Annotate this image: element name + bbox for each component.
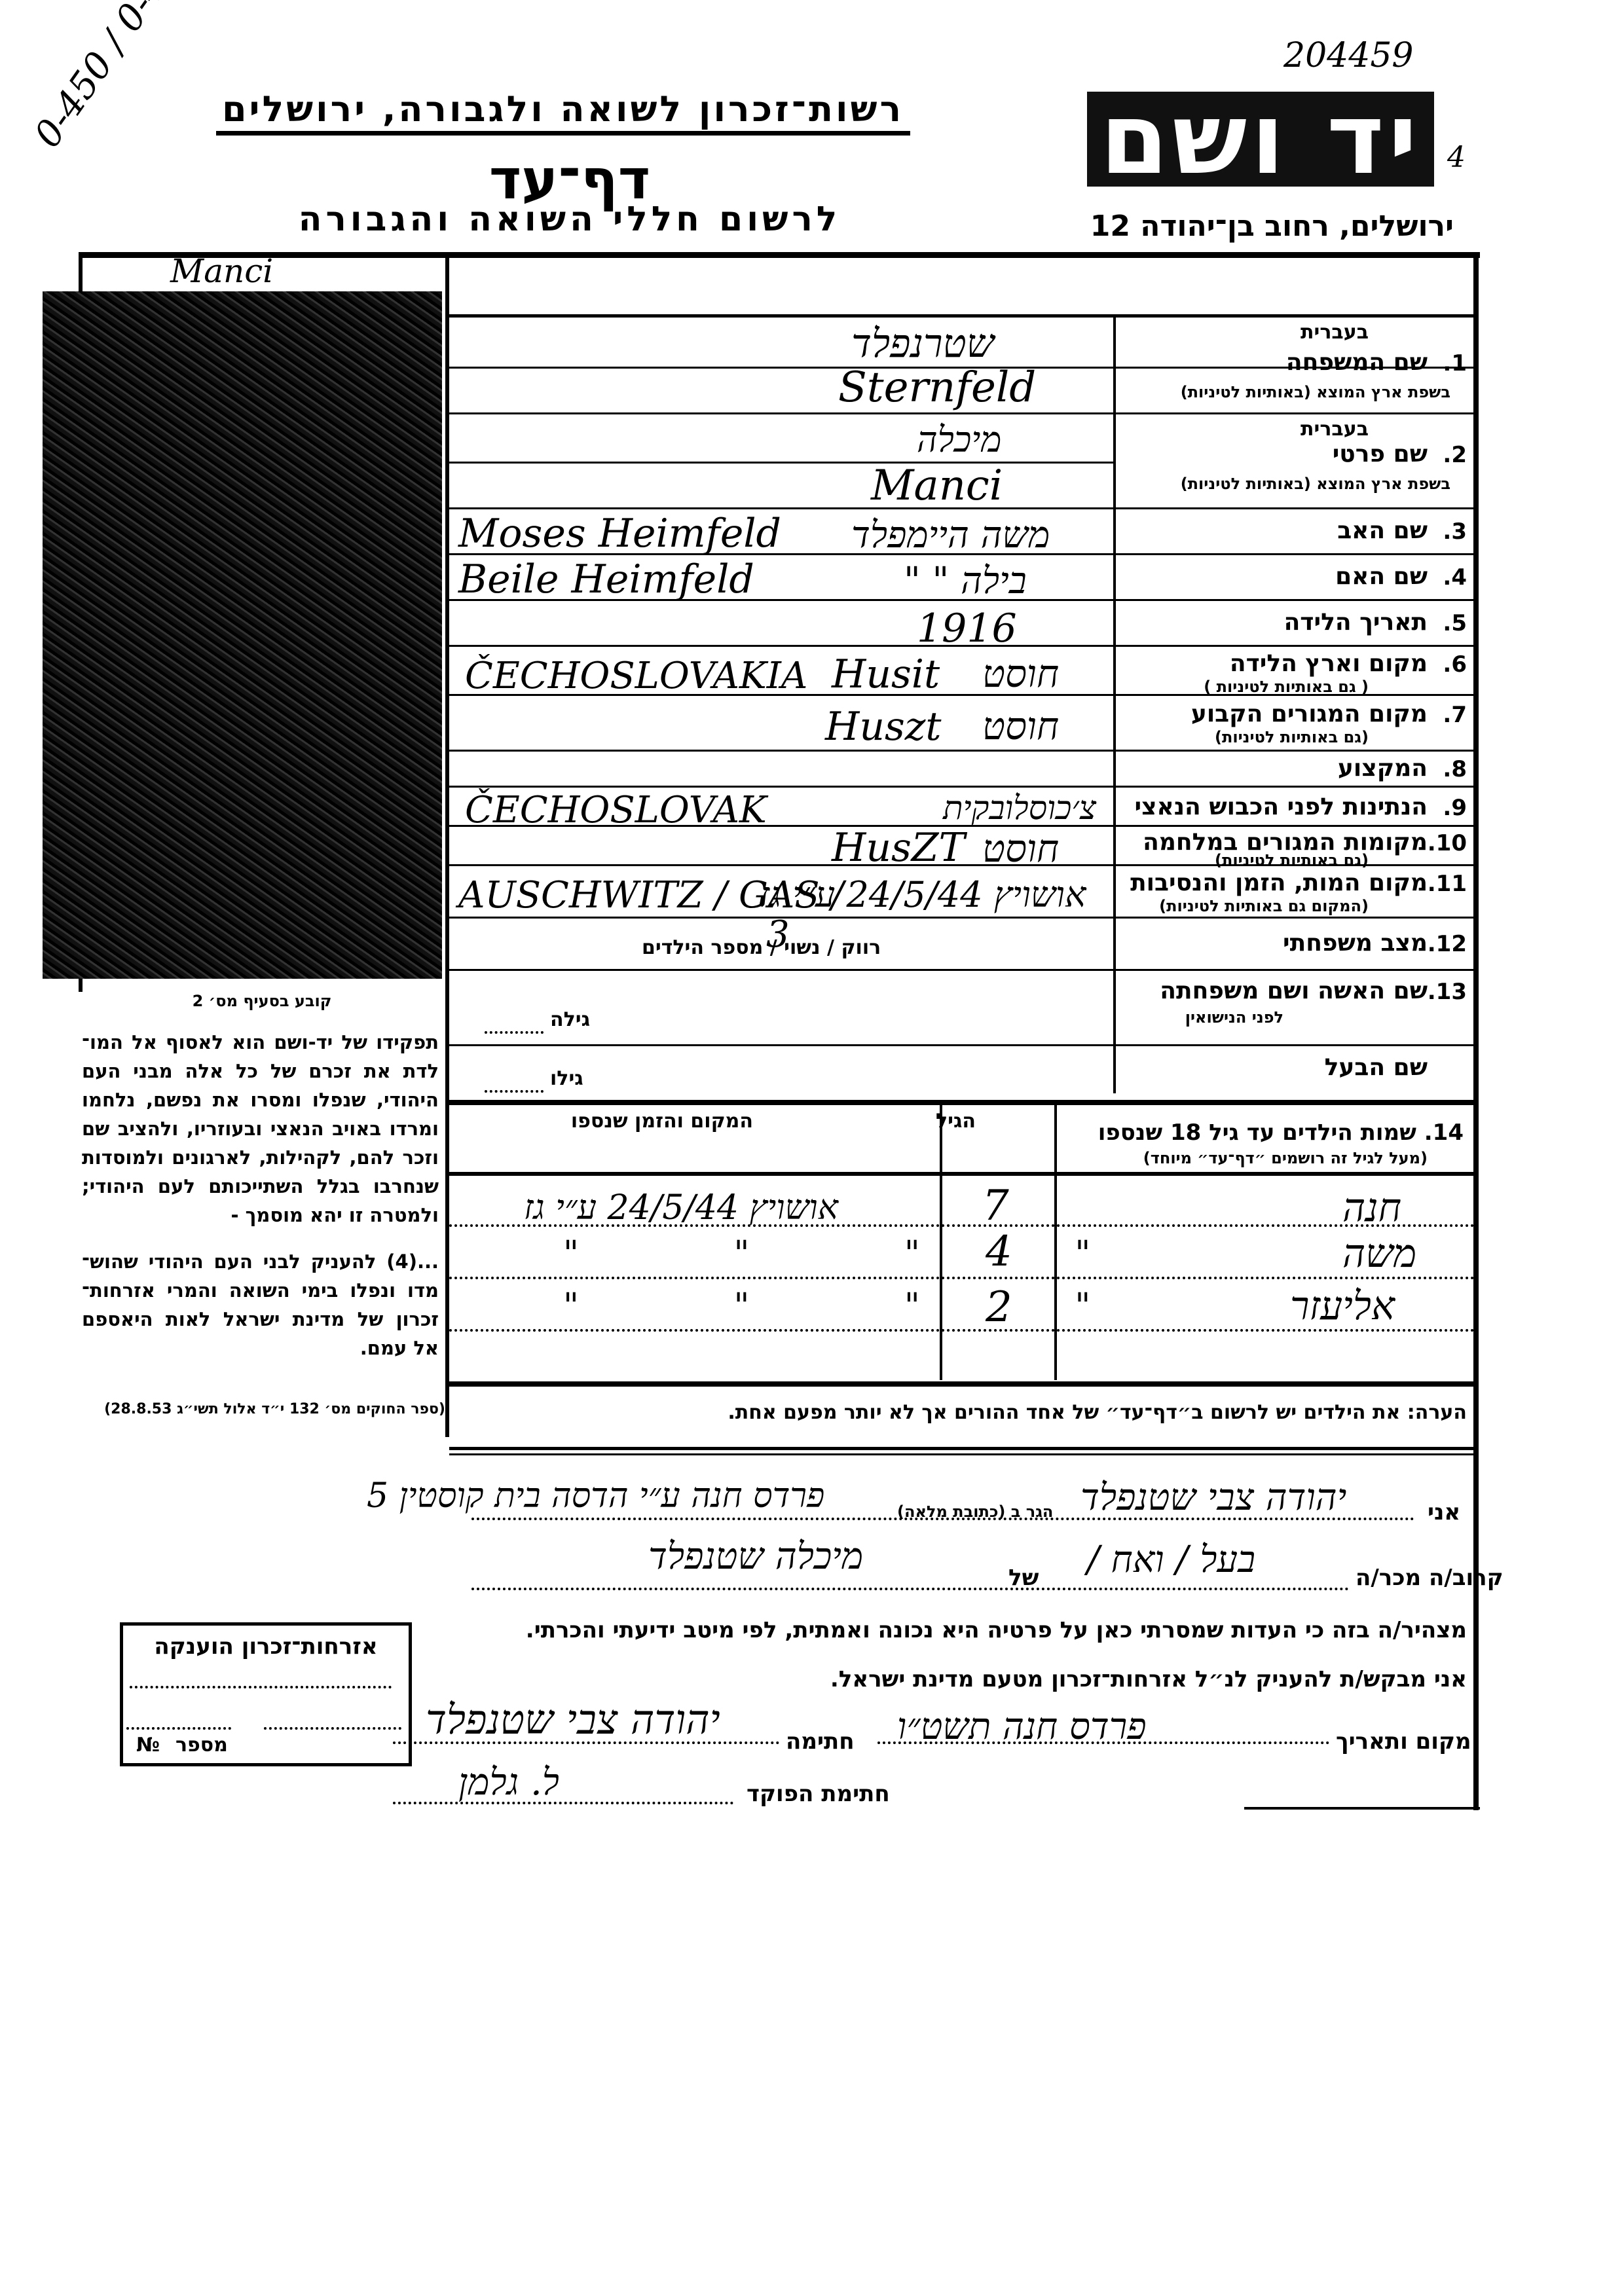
field-1-value-latin[interactable]: Sternfeld	[838, 363, 1036, 412]
child-1-age[interactable]: 7	[982, 1182, 1009, 1230]
children-row-2-line	[449, 1277, 1475, 1279]
field-2-value-latin[interactable]: Manci	[871, 462, 1003, 510]
field-13-label: שם האשה ושם משפחתה	[1160, 977, 1428, 1004]
field-10-sublabel: (גם באותיות לטיניות)	[1215, 851, 1369, 869]
field-3-label: שם האב	[1337, 517, 1428, 544]
of-label: של	[1008, 1565, 1039, 1591]
victim-photo	[43, 291, 442, 979]
field-6-number: 6.	[1443, 651, 1467, 678]
field-12-label: מצב משפחתי	[1283, 930, 1428, 957]
yad-vashem-logo: יד ושם	[1087, 92, 1434, 187]
declaration-statement: מצהיר/ה בזה כי העדות שמסרתי כאן על פרטיה…	[458, 1617, 1467, 1643]
photo-caption: קובע בסעיף מס׳ 2	[85, 992, 439, 1010]
field-7-label: מקום המגורים הקבוע	[1191, 701, 1428, 727]
relation-line	[471, 1588, 1349, 1590]
child-3-name[interactable]: אליעזר	[1290, 1283, 1395, 1329]
field-1-number: 1.	[1443, 350, 1467, 376]
children-col-place: המקום והזמן שנספו	[571, 1110, 753, 1133]
authority-underline	[216, 131, 910, 136]
field-10-value-latin[interactable]: HusZT	[832, 825, 965, 871]
relation-label: קרוב/ה מכר/ה	[1356, 1565, 1504, 1591]
citizenship-line-2b	[264, 1727, 401, 1730]
field-13-sublabel: לפני הנישואין	[1185, 1008, 1283, 1027]
margin-stamp: 0-450 / 0-450	[26, 0, 203, 155]
field-3-value-latin[interactable]: Moses Heimfeld	[458, 511, 781, 556]
form-subtitle: לרשום חללי השואה והגבורה	[275, 200, 864, 239]
photo-handwriting: Manci	[170, 252, 273, 290]
note-bottom-line	[449, 1447, 1475, 1450]
row-line-1	[449, 412, 1475, 414]
child-2-name[interactable]: משה	[1342, 1231, 1416, 1277]
form-top-border	[79, 252, 1480, 258]
field-12-status-options: רווק / נשוי / מספר הילדים	[642, 936, 881, 959]
officer-line	[393, 1802, 733, 1804]
field-12-number: 12.	[1428, 931, 1467, 957]
place-date-label: מקום ותאריך	[1336, 1728, 1471, 1755]
declaration-address-value[interactable]: פרדס חנה ע״י הדסה בית קוסטין 5	[367, 1476, 824, 1516]
field-4-number: 4.	[1443, 564, 1467, 591]
field-11-number: 11.	[1428, 871, 1467, 897]
field-2-label: שם פרטי	[1333, 441, 1428, 467]
field-husband-label: שם הבעל	[1325, 1054, 1428, 1081]
field-10-value-hebrew[interactable]: חוסט	[982, 826, 1059, 871]
field-2-number: 2.	[1443, 442, 1467, 468]
sidebar-right-border	[445, 252, 449, 1437]
citizenship-line-1	[130, 1686, 392, 1688]
field-3-value-hebrew[interactable]: משה היימפלד	[851, 514, 1050, 556]
sidebar-paragraph-1: תפקידו של יד-ושם הוא לאסוף אל המו־ לדת א…	[82, 1028, 439, 1230]
signature-value[interactable]: יהודה צבי שטנפלד	[426, 1696, 720, 1744]
place-date-line	[877, 1741, 1329, 1744]
field-husband-age-dots	[485, 1090, 544, 1093]
declaration-request: אני מבקש/ת להעניק לנ״ל אזרחות־זכרון מטעם…	[655, 1666, 1467, 1692]
children-section-label: 14. שמות הילדים עד גיל 18 שנספו	[1098, 1120, 1464, 1146]
field-7-number: 7.	[1443, 702, 1467, 728]
field-5-number: 5.	[1443, 610, 1467, 636]
citizenship-box: אזרחות־זכרון הוענקה № מספר	[120, 1622, 412, 1766]
declaration-address-line	[471, 1518, 1414, 1520]
declaration-ani-label: אני	[1428, 1499, 1460, 1525]
row-line-11	[449, 917, 1475, 919]
note-bottom-line-2	[449, 1453, 1475, 1455]
child-1-place[interactable]: אושויץ 24/5/44 ע״י גז	[524, 1188, 838, 1228]
field-11-label: מקום המות, הזמן והנסיבות	[1130, 869, 1428, 896]
sidebar-citation: (ספר החוקים מס׳ 132 י״ד אלול תשי״ג 28.8.…	[82, 1401, 445, 1417]
row-line-14	[449, 1100, 1475, 1105]
officer-value[interactable]: ל. גלמן	[458, 1761, 559, 1804]
field-6-sublabel: ( גם באותיות לטיניות )	[1204, 678, 1369, 696]
field-7-value-latin[interactable]: Huszt	[825, 704, 941, 750]
field-2-sublabel: בשפת ארץ המוצא (באותיות לטיניות)	[1181, 475, 1450, 493]
field-11-value-hebrew[interactable]: אושויץ 24/5/44 ע״י גז	[760, 874, 1086, 915]
citizenship-number-label: מספר	[175, 1734, 228, 1757]
field-6-value-hebrew[interactable]: חוסט	[982, 651, 1059, 696]
field-1-label: שם המשפחה	[1286, 349, 1428, 376]
field-6-value-latin[interactable]: Husit	[832, 651, 940, 697]
form-bottom-edge	[1244, 1807, 1480, 1810]
of-value[interactable]: מיכלה שטנפלד	[648, 1535, 863, 1578]
label-column-divider	[1113, 314, 1116, 1093]
field-6-value-country[interactable]: ČECHOSLOVAKIA	[465, 655, 807, 697]
field-3-number: 3.	[1443, 519, 1467, 545]
field-7-value-hebrew[interactable]: חוסט	[982, 704, 1059, 748]
child-3-place[interactable]: " " " "	[563, 1286, 1162, 1326]
archive-number: 204459	[1283, 36, 1414, 75]
row-line-12	[449, 969, 1475, 971]
address: ירושלים, רחוב בן־יהודה 12	[1087, 210, 1454, 243]
field-5-label: תאריך הלידה	[1284, 609, 1428, 636]
citizenship-number-symbol: №	[136, 1734, 160, 1757]
signature-label: חתימה	[786, 1728, 855, 1755]
field-4-value-latin[interactable]: Beile Heimfeld	[458, 556, 754, 602]
child-1-name[interactable]: חנה	[1342, 1185, 1401, 1231]
children-bottom-line	[449, 1381, 1475, 1387]
field-1-hebrew-tag: בעברית	[1301, 321, 1369, 344]
field-2-hebrew-tag: בעברית	[1301, 418, 1369, 441]
field-husband-age-label: גילו	[550, 1067, 583, 1090]
field-9-value-latin[interactable]: ČECHOSLOVAK	[465, 789, 767, 831]
field-4-label: שם האם	[1335, 563, 1428, 590]
field-9-value-hebrew[interactable]: צ׳כוסלובקית	[943, 789, 1096, 827]
field-11-sublabel: (המקום גם באותיות לטיניות)	[1159, 897, 1369, 915]
citizenship-box-title: אזרחות־זכרון הוענקה	[123, 1633, 409, 1660]
field-9-number: 9.	[1443, 795, 1467, 821]
children-row-3-line	[449, 1329, 1475, 1332]
row-line-7	[449, 750, 1475, 752]
field-1-value-hebrew[interactable]: שטרנפלד	[851, 321, 994, 367]
citizenship-line-2a	[126, 1727, 231, 1730]
children-section-sublabel: (מעל לגיל זה רושמים ״דף־עד״ מיוחד)	[1143, 1149, 1428, 1167]
field-6-label: מקום וארץ הלידה	[1230, 650, 1428, 677]
field-8-number: 8.	[1443, 756, 1467, 782]
row-line-2a	[449, 462, 1113, 464]
children-col-age: הגיל	[936, 1110, 976, 1133]
field-9-label: הנתינות לפני הכבוש הנאצי	[1134, 793, 1428, 820]
field-10-number: 10.	[1428, 830, 1467, 856]
field-5-value[interactable]: 1916	[917, 606, 1017, 651]
field-2-value-hebrew[interactable]: מיכלה	[917, 419, 1001, 460]
logo-text: יד ושם	[1087, 92, 1434, 187]
children-header-line	[449, 1172, 1475, 1176]
field-13-age-dots	[485, 1031, 544, 1034]
logo-side-mark: 4	[1447, 141, 1466, 174]
signature-line	[393, 1741, 779, 1744]
row-line-8	[449, 786, 1475, 788]
row-line-13	[449, 1044, 1475, 1046]
field-8-label: המקצוע	[1338, 755, 1428, 782]
authority-line: רשות־זכרון לשואה ולגבורה, ירושלים	[210, 88, 904, 130]
relation-value[interactable]: בעל / ואח /	[1087, 1539, 1255, 1581]
field-13-number: 13.	[1428, 979, 1467, 1005]
field-4-value-hebrew[interactable]: בילה " "	[904, 560, 1027, 602]
row-line-0	[449, 314, 1475, 318]
note: הערה: את הילדים יש לרשום ב״דף־עד״ של אחד…	[655, 1401, 1467, 1424]
sidebar-paragraph-2: ...(4) להעניק לבני העם היהודי שהוש־ מדו …	[82, 1247, 439, 1362]
officer-label: חתימת הפוקד	[747, 1781, 890, 1807]
field-13-age-label: גילה	[550, 1008, 590, 1031]
declarant-name[interactable]: יהודה צבי שטנפלד	[1080, 1476, 1346, 1519]
field-12-children-count[interactable]: 3	[766, 913, 790, 956]
child-2-place[interactable]: " " " "	[563, 1234, 1162, 1273]
field-7-sublabel: (גם באותיות לטיניות)	[1215, 728, 1369, 746]
field-1-sublabel: בשפת ארץ המוצא (באותיות לטיניות)	[1181, 383, 1450, 401]
